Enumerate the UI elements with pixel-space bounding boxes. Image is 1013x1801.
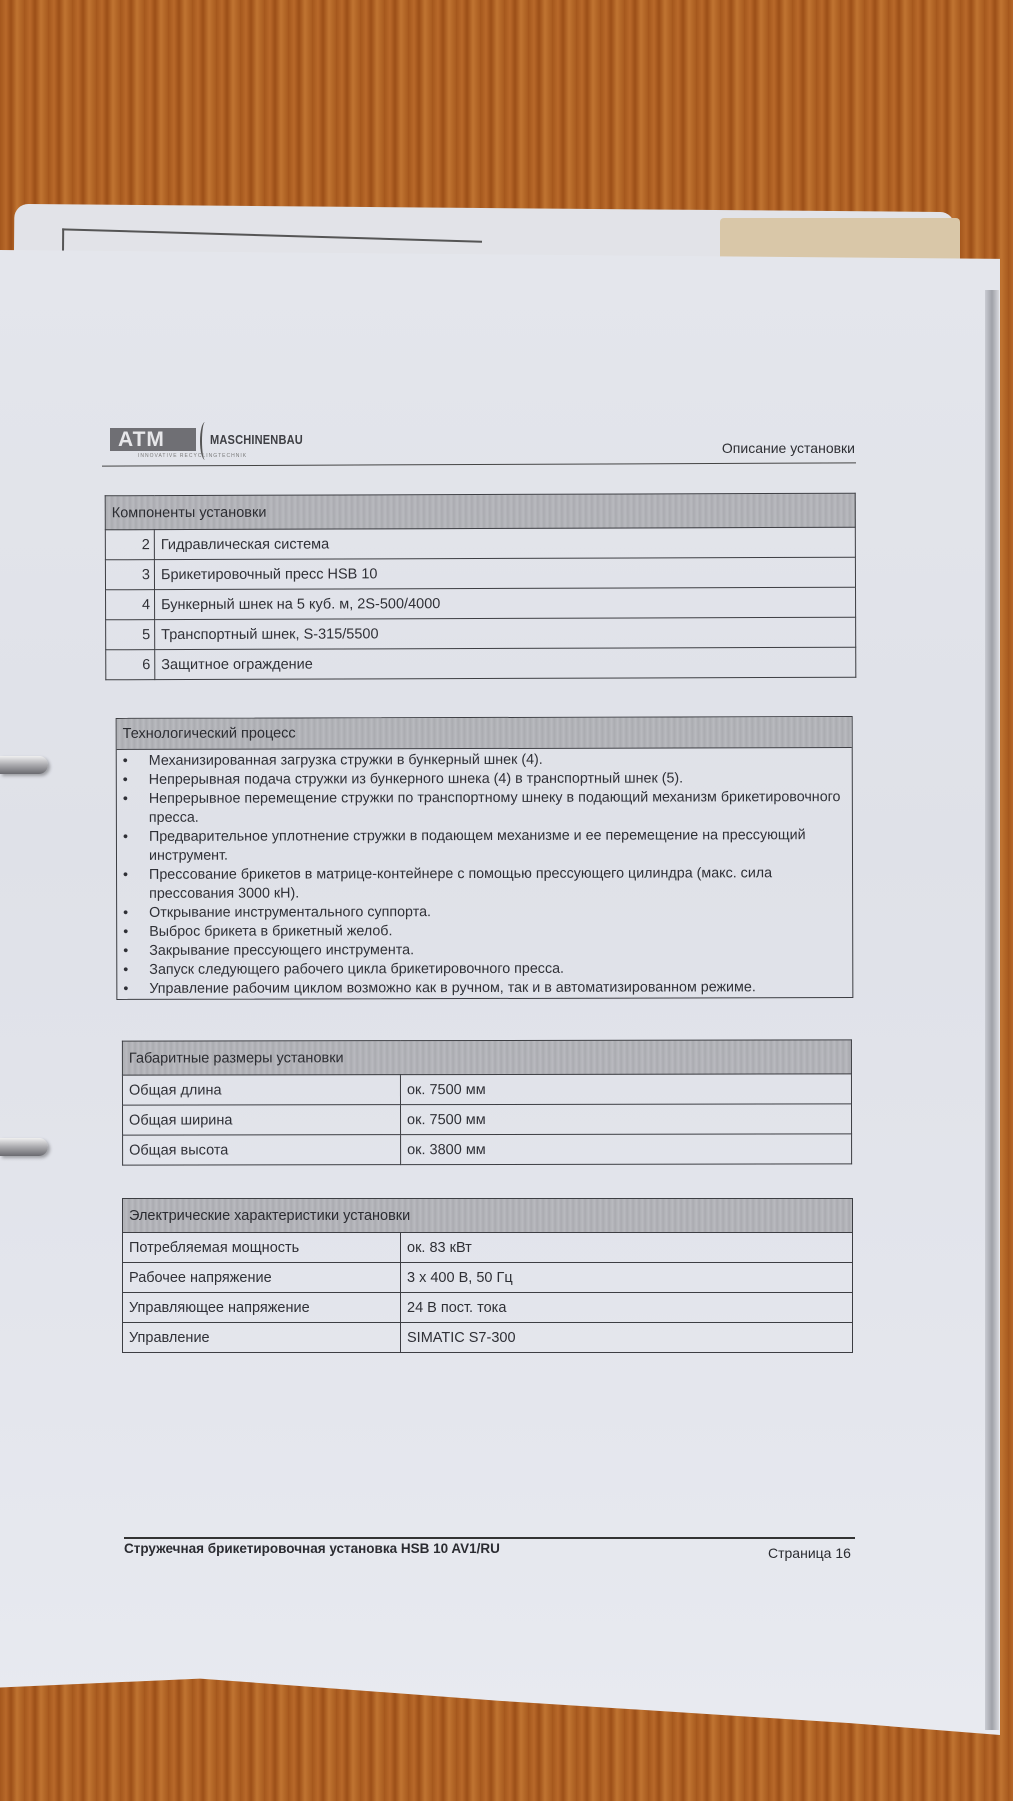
list-item: Открывание инструментального суппорта. xyxy=(117,902,852,923)
list-item: Управление рабочим циклом возможно как в… xyxy=(117,978,852,999)
component-number: 6 xyxy=(106,650,155,680)
list-item: Механизированная загрузка стружки в бунк… xyxy=(117,750,852,771)
electrical-table: Электрические характеристики установки П… xyxy=(122,1198,853,1353)
electrical-value: ок. 83 кВт xyxy=(401,1233,853,1263)
footer-divider xyxy=(124,1537,855,1539)
dimension-label: Общая высота xyxy=(123,1135,401,1165)
dimension-value: ок. 7500 мм xyxy=(400,1074,851,1105)
table-row: Общая ширина ок. 7500 мм xyxy=(123,1104,852,1135)
table-row: 5 Транспортный шнек, S-315/5500 xyxy=(106,617,856,650)
footer-document-title: Стружечная брикетировочная установка HSB… xyxy=(124,1541,500,1556)
electrical-table-title: Электрические характеристики установки xyxy=(123,1199,853,1233)
list-item: Выброс брикета в брикетный желоб. xyxy=(117,921,852,942)
logo-name: MASCHINENBAU xyxy=(210,432,303,447)
process-title: Технологический процесс xyxy=(117,717,852,750)
electrical-label: Потребляемая мощность xyxy=(123,1233,401,1263)
component-name: Гидравлическая система xyxy=(154,527,855,559)
table-row: Общая длина ок. 7500 мм xyxy=(122,1074,851,1105)
header-divider xyxy=(102,462,856,466)
electrical-label: Управляющее напряжение xyxy=(123,1293,401,1323)
table-row: Управляющее напряжение 24 В пост. тока xyxy=(123,1293,853,1323)
dimension-value: ок. 3800 мм xyxy=(401,1134,852,1165)
dimension-label: Общая ширина xyxy=(123,1105,401,1135)
component-number: 2 xyxy=(105,530,154,560)
logo-tagline: INNOVATIVE RECYCLINGTECHNIK xyxy=(138,453,247,459)
company-logo: ATM MASCHINENBAU INNOVATIVE RECYCLINGTEC… xyxy=(110,428,319,460)
components-table-title: Компоненты установки xyxy=(105,493,855,530)
list-item: Непрерывное перемещение стружки по транс… xyxy=(117,788,852,828)
list-item: Предварительное уплотнение стружки в под… xyxy=(117,826,852,866)
process-box: Технологический процесс Механизированная… xyxy=(116,716,854,1000)
component-number: 5 xyxy=(106,620,155,650)
list-item: Непрерывная подача стружки из бункерного… xyxy=(117,769,852,790)
table-row: 2 Гидравлическая система xyxy=(105,527,855,560)
component-number: 4 xyxy=(106,590,155,620)
component-name: Брикетировочный пресс HSB 10 xyxy=(154,557,855,589)
component-name: Бункерный шнек на 5 куб. м, 2S-500/4000 xyxy=(155,587,856,619)
page-content: ATM MASCHINENBAU INNOVATIVE RECYCLINGTEC… xyxy=(0,0,1013,1801)
component-name: Транспортный шнек, S-315/5500 xyxy=(155,617,856,649)
electrical-label: Рабочее напряжение xyxy=(123,1263,401,1293)
components-table: Компоненты установки 2 Гидравлическая си… xyxy=(105,493,857,681)
table-row: Потребляемая мощность ок. 83 кВт xyxy=(123,1233,853,1263)
component-number: 3 xyxy=(105,560,154,590)
table-row: 3 Брикетировочный пресс HSB 10 xyxy=(105,557,855,590)
list-item: Прессование брикетов в матрице-контейнер… xyxy=(117,864,852,904)
component-name: Защитное ограждение xyxy=(155,647,856,679)
list-item: Запуск следующего рабочего цикла брикети… xyxy=(117,959,852,980)
dimensions-table: Габаритные размеры установки Общая длина… xyxy=(122,1039,852,1165)
dimensions-table-title: Габаритные размеры установки xyxy=(122,1040,851,1075)
electrical-value: SIMATIC S7-300 xyxy=(401,1323,853,1353)
electrical-value: 24 В пост. тока xyxy=(401,1293,853,1323)
list-item: Закрывание прессующего инструмента. xyxy=(117,940,852,961)
table-row: Управление SIMATIC S7-300 xyxy=(123,1323,853,1353)
dimension-label: Общая длина xyxy=(122,1075,400,1105)
table-row: Общая высота ок. 3800 мм xyxy=(123,1134,852,1165)
electrical-label: Управление xyxy=(123,1323,401,1353)
page-number: Страница 16 xyxy=(768,1545,851,1561)
section-title: Описание установки xyxy=(722,440,855,456)
table-row: 4 Бункерный шнек на 5 куб. м, 2S-500/400… xyxy=(106,587,856,620)
electrical-value: 3 x 400 В, 50 Гц xyxy=(401,1263,853,1293)
dimension-value: ок. 7500 мм xyxy=(401,1104,852,1135)
logo-brand: ATM xyxy=(110,428,196,451)
table-row: Рабочее напряжение 3 x 400 В, 50 Гц xyxy=(123,1263,853,1293)
table-row: 6 Защитное ограждение xyxy=(106,647,856,680)
process-steps-list: Механизированная загрузка стружки в бунк… xyxy=(117,748,853,999)
